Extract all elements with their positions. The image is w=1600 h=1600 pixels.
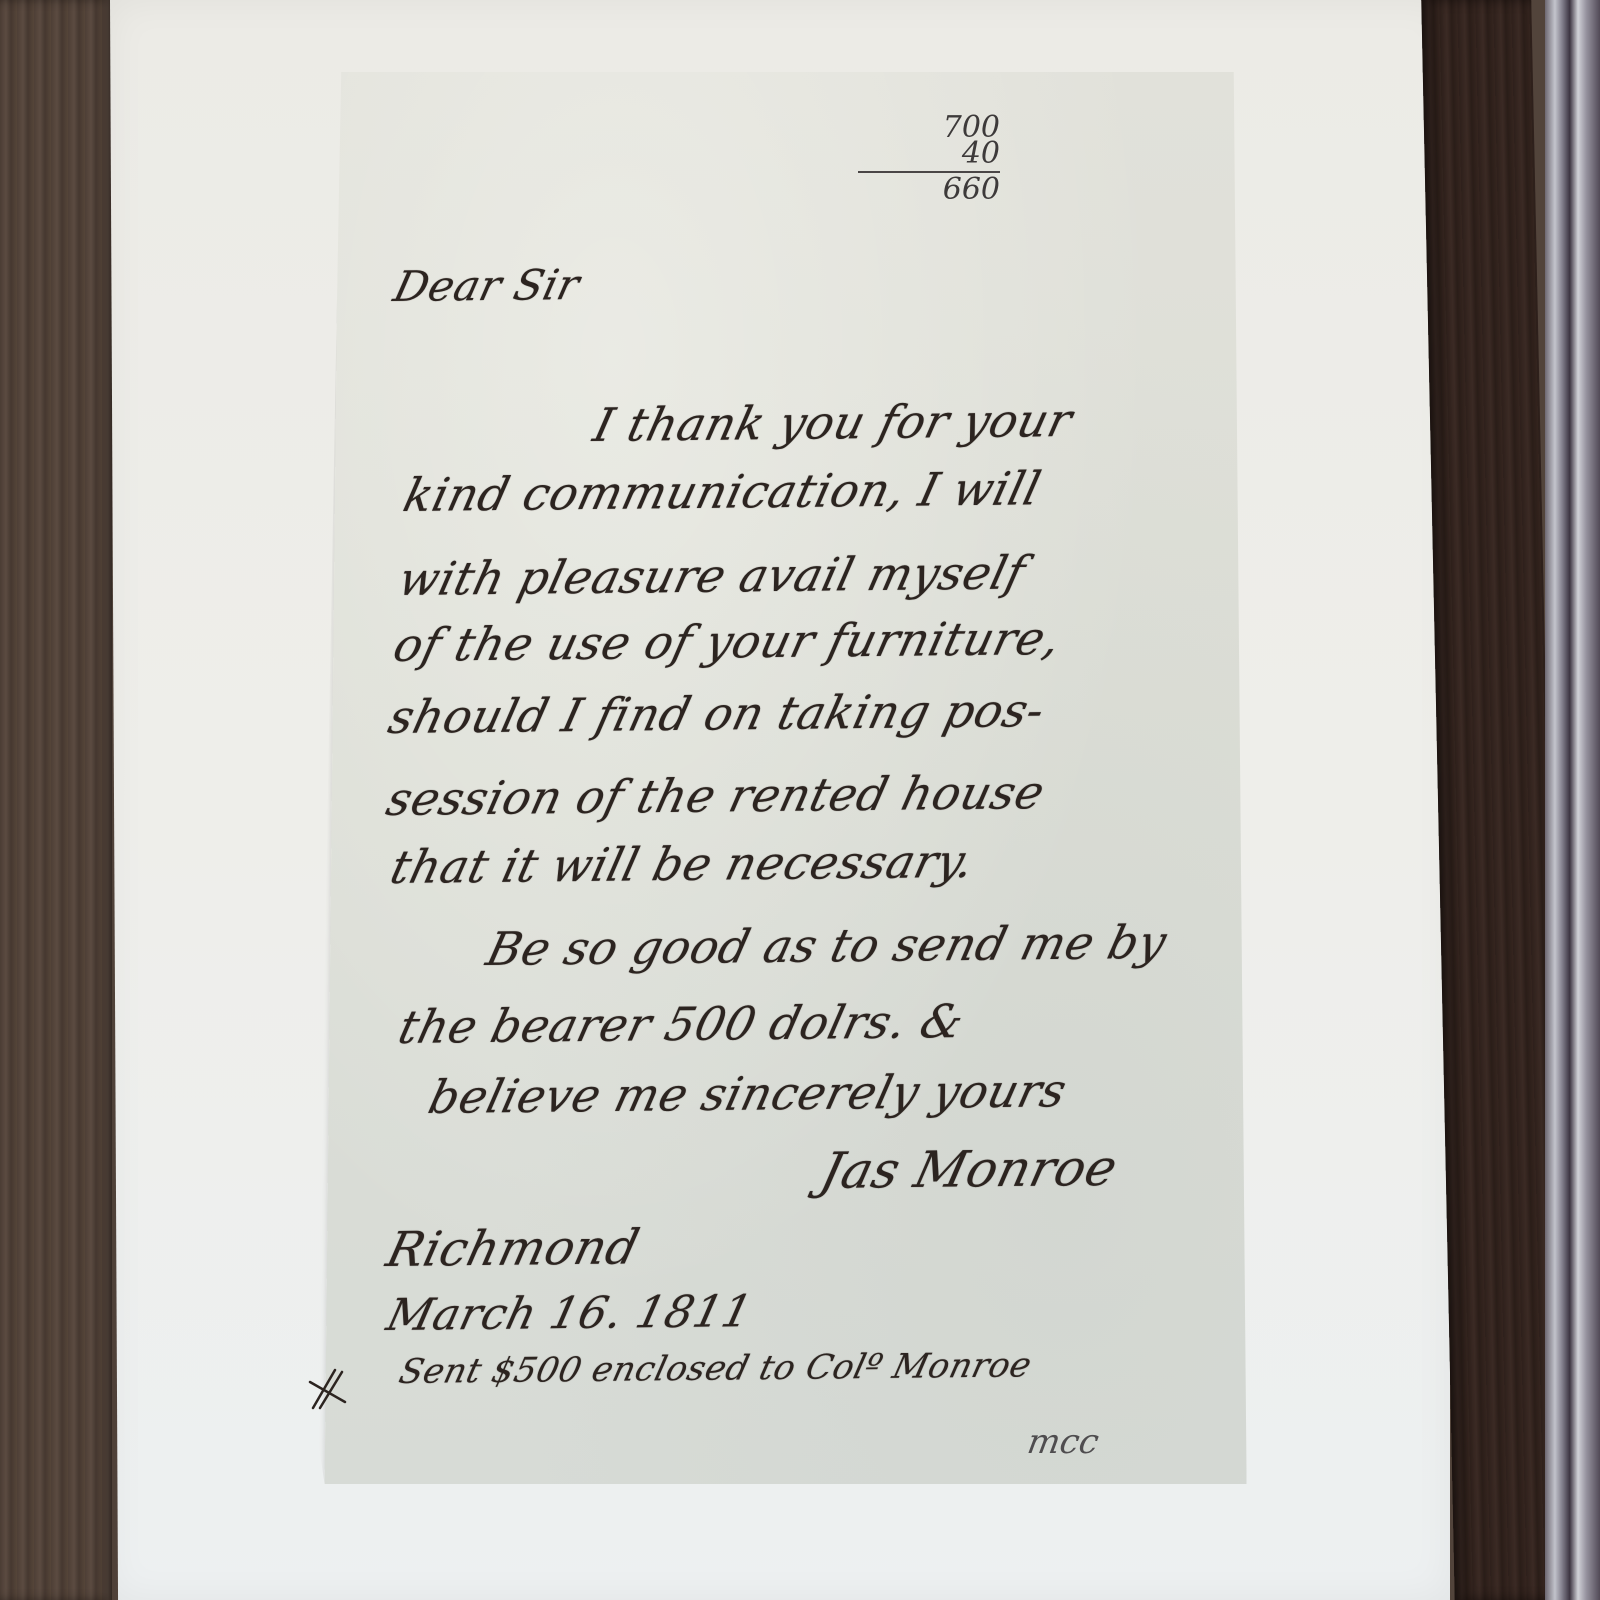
body-line-9: the bearer 500 dolrs. & <box>394 994 970 1054</box>
date: March 16. 1811 <box>382 1286 757 1341</box>
glass-reflection-edge <box>1545 0 1600 1600</box>
body-line-4: of the use of your furniture, <box>389 611 1067 672</box>
place: Richmond <box>381 1219 644 1278</box>
salutation: Dear Sir <box>389 260 584 311</box>
pencil-calculation: 700 40 660 <box>870 115 1000 203</box>
calc-line-2: 40 <box>870 141 1000 167</box>
hash-margin-mark-icon <box>305 1360 355 1410</box>
body-line-10: believe me sincerely yours <box>424 1063 1073 1124</box>
pencil-initials: mcc <box>1024 1422 1101 1462</box>
signature: Jas Monroe <box>815 1139 1123 1200</box>
body-line-3: with pleasure avail myself <box>394 545 1031 606</box>
frame-left-wood <box>0 0 112 1600</box>
body-line-2: kind communication, I will <box>399 461 1047 522</box>
body-line-6: session of the rented house <box>382 765 1050 826</box>
enclosure-note: Sent $500 enclosed to Colº Monroe <box>395 1345 1035 1392</box>
body-line-5: should I find on taking pos- <box>384 683 1051 744</box>
body-line-8: Be so good as to send me by <box>482 915 1172 976</box>
calc-result: 660 <box>870 177 1000 203</box>
framed-letter-photo: 700 40 660 Dear Sir I thank you for your… <box>0 0 1600 1600</box>
body-line-1: I thank you for your <box>589 393 1078 452</box>
body-line-7: that it will be necessary. <box>386 834 980 894</box>
